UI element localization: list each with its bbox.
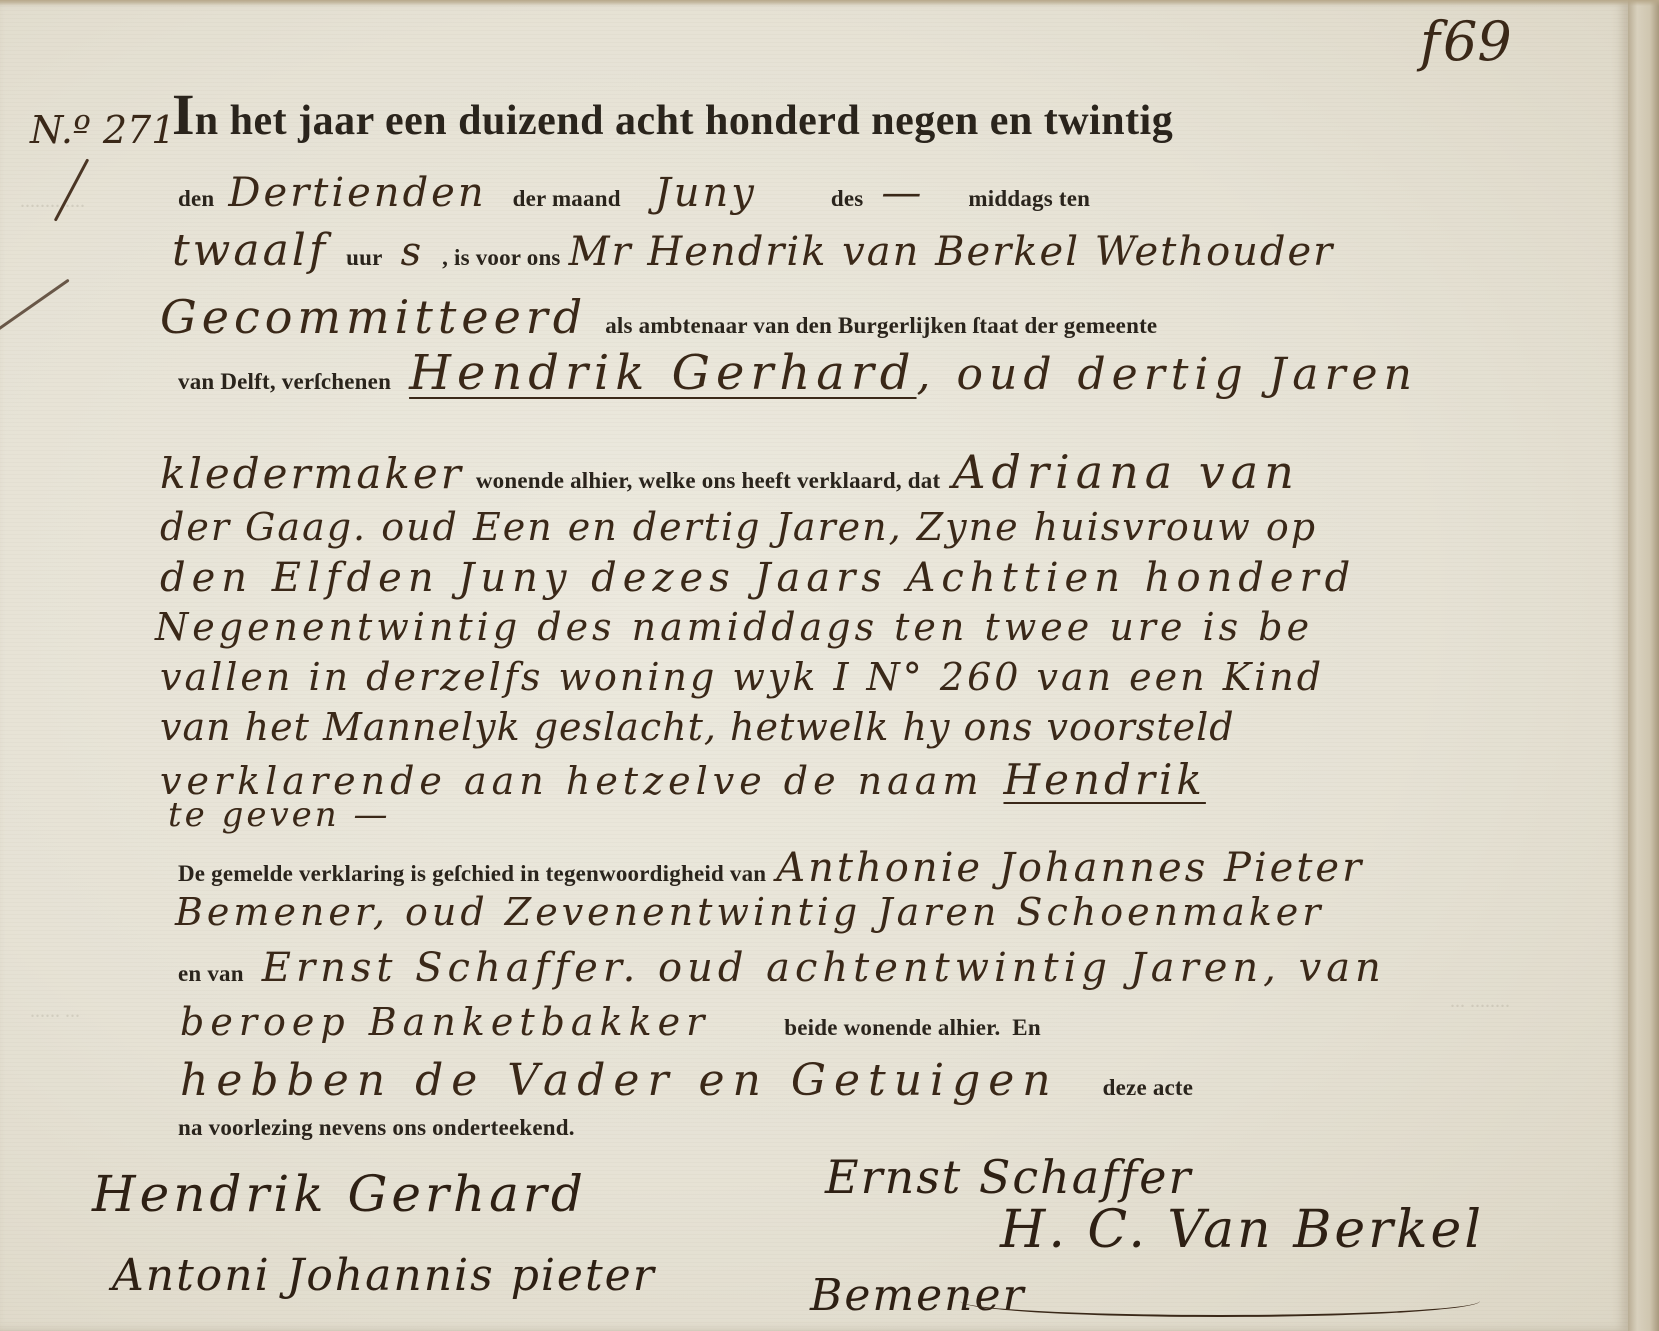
signature-witness-schaffer: Ernst Schaffer [825,1150,1193,1204]
record-line-15: Bemener, oud Zevenentwintig Jaren Schoen… [175,890,1324,934]
record-line-4: Gecommitteerd als ambtenaar van den Burg… [160,290,1157,344]
printed-text: der maand [513,186,621,211]
record-line-2: den Dertienden der maand Juny des — midd… [178,170,1090,216]
bleed-through-text: ............. [20,190,85,213]
handwritten-hour: twaalf [172,225,328,276]
handwritten-month: Juny [655,170,757,216]
handwritten-text: Bemener, oud Zevenentwintig Jaren Schoen… [175,890,1324,934]
folio-digits: 69 [1443,10,1512,73]
handwritten-fill: s [401,229,425,275]
handwritten-text: Negenentwintig des namiddags ten twee ur… [155,605,1313,649]
signature-father: Hendrik Gerhard [92,1165,587,1223]
page-top-edge [0,0,1659,6]
printed-text: als ambtenaar van den Burgerlijken ſtaat… [605,313,1157,338]
handwritten-official: Mr Hendrik van Berkel Wethouder [569,229,1335,275]
handwritten-text: te geven — [168,795,391,835]
printed-text: beide wonende alhier. En [784,1015,1041,1040]
handwritten-witness-2: Ernst Schaffer. oud achtentwintig Jaren,… [262,945,1386,991]
margin-entry-number: N.º 271 [30,108,175,152]
record-line-8: den Elfden Juny dezes Jaars Achttien hon… [160,555,1356,601]
printed-text: , is voor ons [442,245,560,270]
handwritten-text: beroep Banketbakker [180,1000,710,1044]
record-line-6: kledermaker wonende alhier, welke ons he… [160,445,1300,499]
handwritten-witness-1-name: Anthonie Johannes Pieter [776,845,1364,891]
printed-text: van Delft, verſchenen [178,369,391,394]
record-line-3: twaalf uur s , is voor ons Mr Hendrik va… [172,225,1334,276]
handwritten-text: hebben de Vader en Getuigen [180,1055,1059,1106]
bleed-through-text: ........ ... [1450,990,1510,1013]
record-line-5: van Delft, verſchenen Hendrik Gerhard, o… [178,345,1418,401]
folio-prefix: f [1420,10,1443,73]
bleed-through-text: ... ...... [30,1000,80,1023]
printed-text: en van [178,961,244,986]
record-line-10: vallen in derzelfs woning wyk I N° 260 v… [160,655,1324,699]
record-line-18: hebben de Vader en Getuigen deze acte [180,1055,1193,1106]
record-line-16: en van Ernst Schaffer. oud achtentwintig… [178,945,1386,991]
printed-text: deze acte [1103,1075,1194,1100]
signature-text: Hendrik Gerhard [92,1165,587,1223]
record-line-13: te geven — [168,795,391,835]
printed-text: wonende alhier, welke ons heeft verklaar… [476,468,941,493]
handwritten-child-name: Hendrik [1003,755,1205,804]
handwritten-title: Gecommitteerd [160,290,587,344]
handwritten-text: van het Mannelyk geslacht, hetwelk hy on… [160,705,1235,749]
handwritten-father-name: Hendrik Gerhard [409,345,916,401]
signature-text: H. C. Van Berkel [1000,1200,1484,1260]
handwritten-text: den Elfden Juny dezes Jaars Achttien hon… [160,555,1356,601]
printed-initial: I [172,82,195,147]
handwritten-text: der Gaag. oud Een en dertig Jaren, Zyne … [160,505,1317,549]
signature-text: Antoni Johannis pieter [112,1250,656,1301]
record-line-11: van het Mannelyk geslacht, hetwelk hy on… [160,705,1235,749]
record-line-1: In het jaar een duizend acht honderd neg… [172,86,1173,145]
printed-text: den [178,186,214,211]
printed-text: De gemelde verklaring is geſchied in teg… [178,861,766,886]
record-line-14: De gemelde verklaring is geſchied in teg… [178,845,1364,891]
handwritten-text: vallen in derzelfs woning wyk I N° 260 v… [160,655,1324,699]
handwritten-dash: — [881,170,924,216]
printed-heading: n het jaar een duizend acht honderd nege… [195,98,1173,144]
record-line-19: na voorlezing nevens ons onderteekend. [178,1115,575,1141]
folio-number: f69 [1420,10,1512,73]
signature-text: Ernst Schaffer [825,1150,1193,1204]
handwritten-occupation: kledermaker [160,449,464,498]
printed-text: des [831,186,864,211]
signature-witness-bemener-given-names: Antoni Johannis pieter [112,1250,656,1301]
handwritten-day: Dertienden [228,170,486,216]
record-line-7: der Gaag. oud Een en dertig Jaren, Zyne … [160,505,1317,549]
signature-official: H. C. Van Berkel [1000,1200,1484,1260]
record-line-17: beroep Banketbakker beide wonende alhier… [180,1000,1041,1044]
signature-flourish [960,1285,1480,1317]
record-line-9: Negenentwintig des namiddags ten twee ur… [155,605,1313,649]
printed-text: na voorlezing nevens ons onderteekend. [178,1115,575,1140]
printed-text: uur [346,245,382,270]
handwritten-mother-name: Adriana van [952,445,1300,499]
entry-number: N.º 271 [30,108,175,152]
printed-text: middags ten [968,186,1090,211]
handwritten-father-age: , oud dertig Jaren [917,349,1418,400]
page-edge [1628,0,1659,1331]
